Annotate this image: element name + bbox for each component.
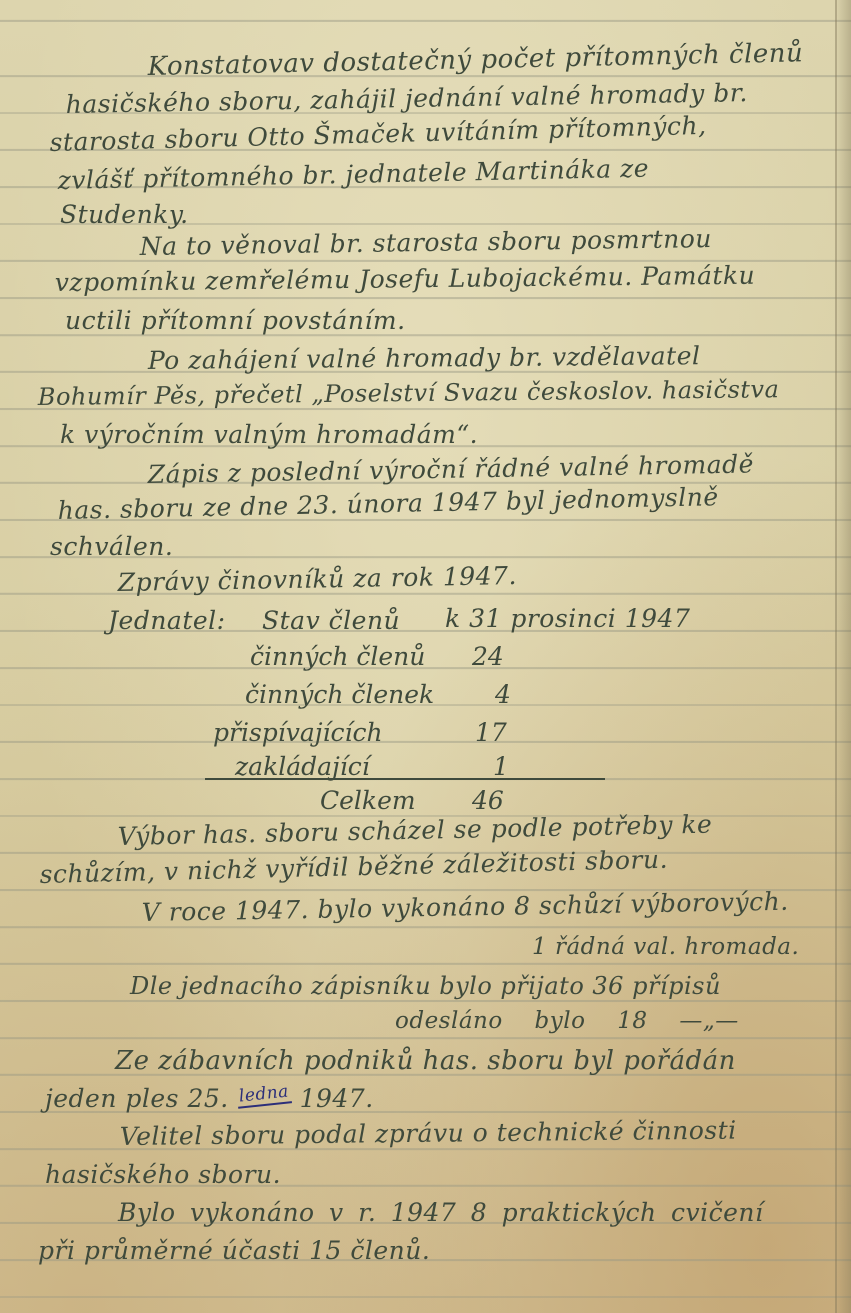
approval-line-3: schválen.: [50, 532, 173, 561]
committee-line-2: schůzím, v nichž vyřídil běžné záležitos…: [39, 845, 668, 889]
opening-line-4: zvlášť přítomného br. jednatele Martinák…: [57, 154, 649, 195]
membership-row-label: přispívajících: [213, 718, 383, 747]
opening-line-1: Konstatovav dostatečný počet přítomných …: [147, 38, 803, 82]
membership-date: k 31 prosinci 1947: [445, 604, 690, 633]
correspondence-line-2: odesláno bylo 18 —„—: [395, 1008, 739, 1034]
message-line-2: Bohumír Pěs, přečetl „Poselství Svazu če…: [38, 375, 780, 411]
membership-row-value: 1: [493, 752, 509, 781]
memorial-line-2: vzpomínku zemřelému Josefu Lubojackému. …: [55, 261, 756, 297]
membership-row-value: 17: [475, 718, 507, 747]
manuscript-page: Konstatovav dostatečný počet přítomných …: [0, 0, 851, 1313]
membership-row-label: činných členů: [250, 642, 425, 671]
date-correction-annotation: ledna: [236, 1081, 292, 1109]
drills-line-2: při průměrné účasti 15 členů.: [38, 1236, 430, 1265]
ball-line-2: jeden ples 25. ledna 1947.: [45, 1084, 374, 1114]
drills-line-1: Bylo vykonáno v r. 1947 8 praktických cv…: [118, 1198, 764, 1227]
meetings-line-1: V roce 1947. bylo vykonáno 8 schůzí výbo…: [141, 887, 788, 927]
ball-line-1: Ze zábavních podniků has. sboru byl pořá…: [115, 1046, 736, 1076]
commander-line-2: hasičského sboru.: [45, 1160, 281, 1189]
membership-row-label: zakládající: [235, 752, 370, 781]
opening-line-5: Studenky.: [60, 200, 189, 229]
membership-total-label: Celkem: [320, 786, 416, 815]
ball-line-2-prefix: jeden ples 25.: [45, 1084, 237, 1113]
reports-heading: Zprávy činovníků za rok 1947.: [117, 561, 517, 597]
correspondence-line-1: Dle jednacího zápisníku bylo přijato 36 …: [130, 972, 721, 1000]
membership-row-label: činných členek: [245, 680, 434, 709]
meetings-line-2: 1 řádná val. hromada.: [532, 934, 799, 960]
membership-row-value: 24: [472, 642, 504, 671]
memorial-line-1: Na to věnoval br. starosta sboru posmrtn…: [140, 224, 713, 261]
membership-role-label: Jednatel:: [108, 606, 226, 635]
ball-line-2-suffix: 1947.: [291, 1084, 374, 1113]
membership-title: Stav členů: [262, 606, 400, 635]
message-line-1: Po zahájení valné hromady br. vzdělavate…: [148, 341, 701, 375]
commander-line-1: Velitel sboru podal zprávu o technické č…: [120, 1116, 737, 1151]
membership-total-value: 46: [472, 786, 504, 815]
membership-row-value: 4: [495, 680, 511, 709]
page-edge-shadow: [835, 0, 851, 1313]
message-line-3: k výročním valným hromadám“.: [60, 420, 478, 449]
opening-line-3: starosta sboru Otto Šmaček uvítáním přít…: [49, 111, 707, 157]
memorial-line-3: uctili přítomní povstáním.: [65, 306, 406, 335]
total-divider: [205, 778, 605, 780]
